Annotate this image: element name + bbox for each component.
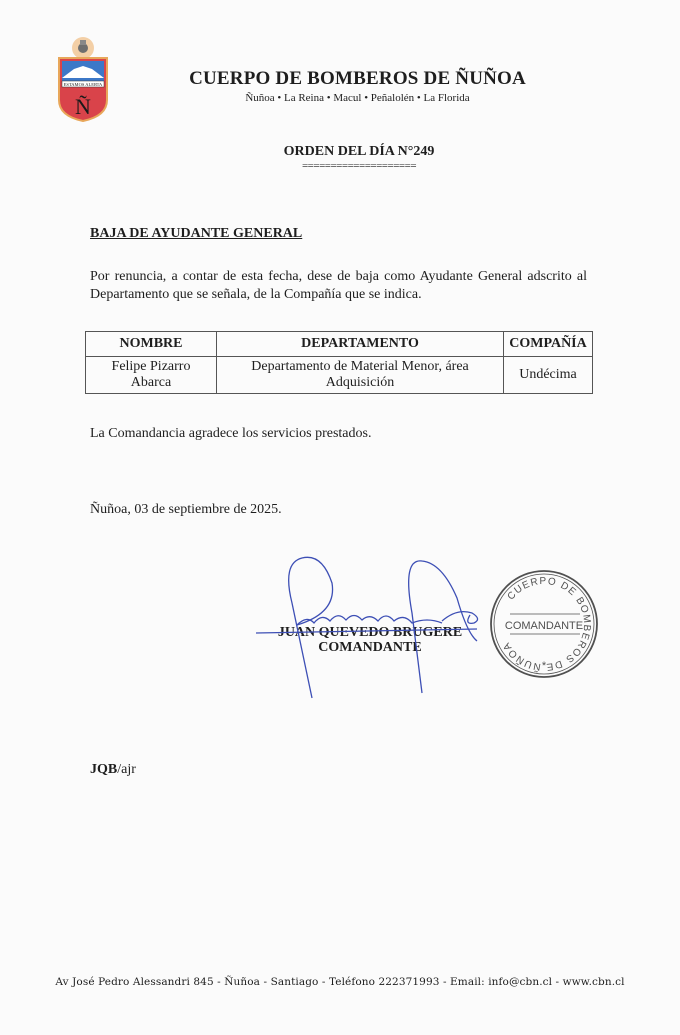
order-title-rule: ==================== (0, 160, 680, 172)
dateline: Ñuñoa, 03 de septiembre de 2025. (90, 502, 282, 518)
assignment-table: NOMBRE DEPARTAMENTO COMPAÑÍA Felipe Piza… (85, 331, 593, 394)
footer-contact: Av José Pedro Alessandri 845 - Ñuñoa - S… (0, 976, 680, 988)
initials-typist: /ajr (117, 762, 136, 777)
stamp-center-text: COMANDANTE (505, 620, 583, 632)
column-header-compania: COMPAÑÍA (504, 332, 593, 357)
cell-nombre: Felipe Pizarro Abarca (86, 357, 217, 394)
table-row: Felipe Pizarro Abarca Departamento de Ma… (86, 357, 593, 394)
thanks-text: La Comandancia agradece los servicios pr… (90, 426, 371, 442)
column-header-departamento: DEPARTAMENTO (217, 332, 504, 357)
initials: JQB/ajr (90, 762, 136, 778)
cell-departamento: Departamento de Material Menor, área Adq… (217, 357, 504, 394)
body-paragraph: Por renuncia, a contar de esta fecha, de… (90, 268, 587, 304)
stamp-mark: * (542, 660, 547, 672)
section-heading: BAJA DE AYUDANTE GENERAL (90, 226, 302, 242)
initials-signer: JQB (90, 762, 117, 777)
commander-stamp-icon: CUERPO DE BOMBEROS DE ÑUÑOA COMANDANTE * (488, 568, 600, 680)
order-title: ORDEN DEL DÍA N°249 (0, 144, 680, 160)
signature-icon (252, 553, 492, 703)
organization-title: CUERPO DE BOMBEROS DE ÑUÑOA (0, 68, 680, 90)
cell-compania: Undécima (504, 357, 593, 394)
communes-subtitle: Ñuñoa • La Reina • Macul • Peñalolén • L… (0, 92, 680, 104)
table-header-row: NOMBRE DEPARTAMENTO COMPAÑÍA (86, 332, 593, 357)
column-header-nombre: NOMBRE (86, 332, 217, 357)
